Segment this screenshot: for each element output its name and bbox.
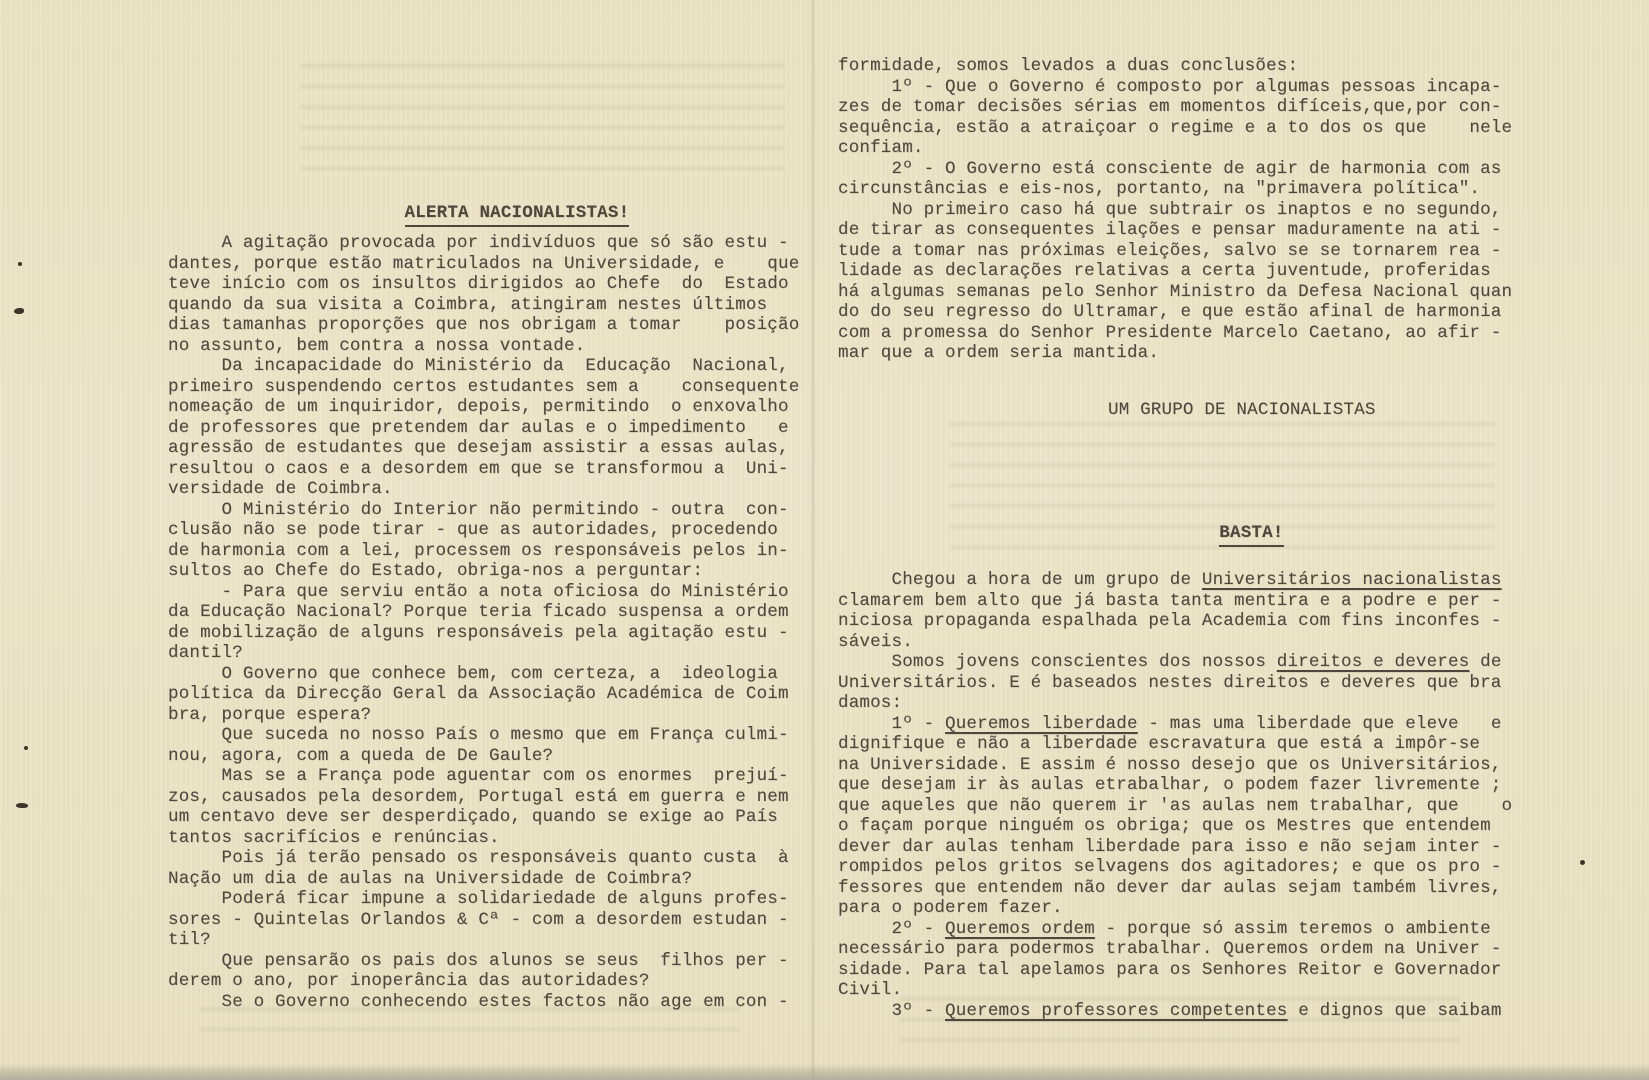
ink-speck <box>24 746 28 750</box>
left-column-body-text: A agitação provocada por indivíduos que … <box>168 233 828 1012</box>
second-heading: BASTA! <box>1170 502 1290 564</box>
ink-speck <box>16 803 28 808</box>
bleedthrough-top-left <box>300 52 785 177</box>
ink-speck <box>18 262 22 266</box>
right-column-body-text-1: formidade, somos levados a duas conclusõ… <box>838 56 1538 364</box>
signature-line: UM GRUPO DE NACIONALISTAS <box>1108 400 1408 421</box>
scan-bottom-edge <box>0 1064 1649 1080</box>
left-column-title-text: ALERTA NACIONALISTAS! <box>405 203 630 227</box>
ink-speck <box>1580 860 1585 865</box>
second-heading-text: BASTA! <box>1219 523 1283 547</box>
right-column-body-text-2: Chegou a hora de um grupo de Universitár… <box>838 570 1538 1021</box>
scanned-pamphlet-page: { "page": { "bg_color": "#ebe3c6", "ink_… <box>0 0 1649 1080</box>
ink-speck <box>14 308 24 314</box>
